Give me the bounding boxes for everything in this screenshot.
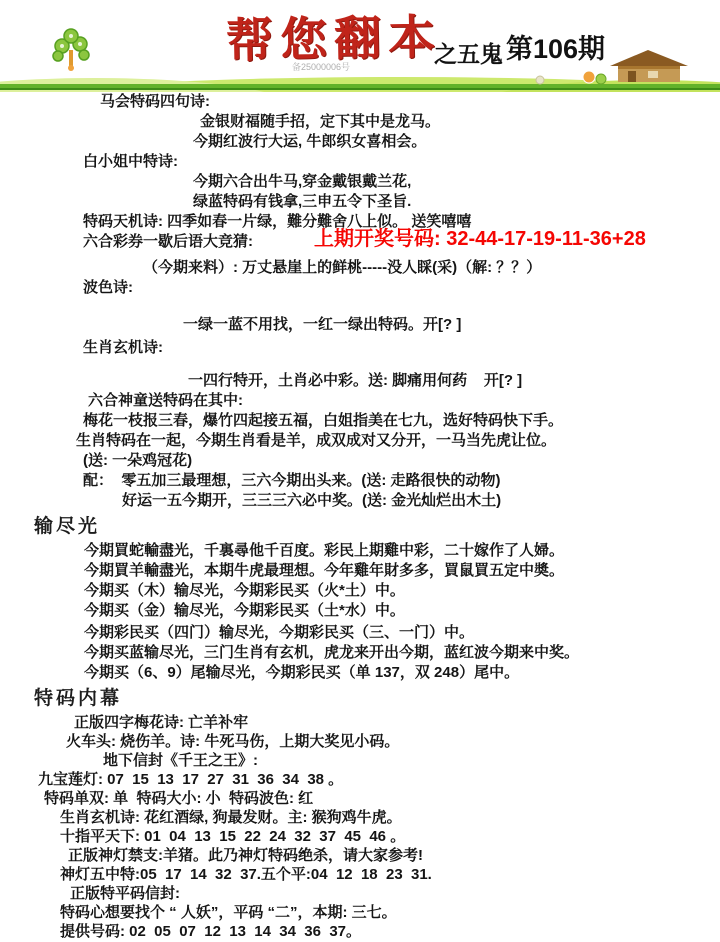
text-line: 配： 零五加三最理想，三六今期出头来。(送: 走路很快的动物): [0, 471, 720, 491]
text-line: 正版四字梅花诗: 亡羊补牢: [0, 713, 720, 732]
tree-icon: [53, 29, 89, 71]
text-line: 今期買羊輸盡光，本期牛虎最理想。今年雞年財多多，買鼠買五定中奬。: [0, 561, 720, 581]
house-icon: [610, 50, 688, 82]
poem-line: 梅花一枝报三春，爆竹四起接五福，白姐指美在七九，选好特码快下手。: [0, 411, 720, 431]
text-line: (送: 一朵鸡冠花): [0, 451, 720, 471]
section-title-neimu: 特码内幕: [0, 687, 720, 711]
number-line: 提供号码: 02 05 07 12 13 14 34 36 37。: [0, 922, 720, 941]
text-line: 地下信封《千王之王》:: [0, 751, 720, 770]
number-line: 九宝莲灯: 07 15 13 17 27 31 36 34 38 。: [0, 770, 720, 789]
text-line: 今期买（6、9）尾输尽光，今期彩民买（单 137，双 248）尾中。: [0, 663, 720, 683]
text-line: 今期買蛇輸盡光，千裏尋他千百度。彩民上期雞中彩，二十嫁作了人婦。: [0, 541, 720, 561]
section-title-shujinguang: 输尽光: [0, 515, 720, 539]
poem-line: 生肖特码在一起，今期生肖看是羊，成双成对又分开，一马当先虎让位。: [0, 431, 720, 451]
poem-line: 今期六合出牛马,穿金戴银戴兰花,: [0, 172, 720, 192]
text-line: 好运一五今期开，三三三六必中奖。(送: 金光灿烂出木土): [0, 491, 720, 511]
text-line: 六合彩券一歇后语大竞猜:: [0, 232, 720, 252]
tip-sheet-page: 帮您翻本 之五鬼 第106期 备25000006号 上期开奖号码: 32-44-…: [0, 0, 720, 942]
text-line: 今期彩民买（四门）输尽光，今期彩民买（三、一门）中。: [0, 623, 720, 643]
text-line: 今期买蓝输尽光，三门生肖有玄机，虎龙来开出今期，蓝红波今期来中奖。: [0, 643, 720, 663]
text-line: 今期买（金）输尽光，今期彩民买（土*水）中。: [0, 601, 720, 621]
text-line: 马会特码四句诗:: [0, 92, 720, 112]
text-line: （今期来料）: 万丈悬崖上的鲜桃-----没人睬(采)（解: ？？）: [0, 258, 720, 278]
section-neimu: 特码内幕 正版四字梅花诗: 亡羊补牢 火车头: 烧伤羊。诗: 牛死马伤，上期大奖…: [0, 687, 720, 941]
text-line: 白小姐中特诗:: [0, 152, 720, 172]
text-line: 特码心想要找个 “ 人妖”，平码 “二”，本期: 三七。: [0, 903, 720, 922]
header-banner: 帮您翻本 之五鬼 第106期 备25000006号: [0, 0, 720, 92]
watermark-text: 备25000006号: [292, 60, 350, 73]
poem-line: 金银财福随手招，定下其中是龙马。: [0, 112, 720, 132]
page-title-suffix: 之五鬼: [434, 36, 503, 69]
poem-line: 一绿一蓝不用找，一红一绿出特码。开[? ]: [0, 315, 720, 335]
poem-line: 今期红波行大运, 牛郎织女喜相会。: [0, 132, 720, 152]
text-line: 今期买（木）输尽光，今期彩民买（火*土）中。: [0, 581, 720, 601]
text-line: 六合神童送特码在其中:: [0, 391, 720, 411]
text-line: 波色诗:: [0, 278, 720, 298]
text-line: 特码天机诗: 四季如春一片绿，難分難舍八上似。 送笑嘻嘻: [0, 212, 720, 232]
poem-line: 一四行特开，土肖必中彩。送: 脚痛用何药 开[? ]: [0, 371, 720, 391]
poem-line: 绿蓝特码有钱拿,三申五令下圣旨.: [0, 192, 720, 212]
text-line: 正版神灯禁支:羊猪。此乃神灯特码绝杀，请大家参考!: [0, 846, 720, 865]
issue-number: 第106期: [506, 27, 605, 66]
text-line: 生肖玄机诗:: [0, 338, 720, 358]
content-area: 马会特码四句诗: 金银财福随手招，定下其中是龙马。 今期红波行大运, 牛郎织女喜…: [0, 92, 720, 941]
text-line: 火车头: 烧伤羊。诗: 牛死马伤，上期大奖见小码。: [0, 732, 720, 751]
text-line: 特码单双: 单 特码大小: 小 特码波色: 红: [0, 789, 720, 808]
number-line: 十指平天下: 01 04 13 15 22 24 32 37 45 46 。: [0, 827, 720, 846]
text-line: 正版特平码信封:: [0, 884, 720, 903]
text-line: 生肖玄机诗: 花红酒绿, 狗最发财。主: 猴狗鸡牛虎。: [0, 808, 720, 827]
number-line: 神灯五中特:05 17 14 32 37.五个平:04 12 18 23 31.: [0, 865, 720, 884]
